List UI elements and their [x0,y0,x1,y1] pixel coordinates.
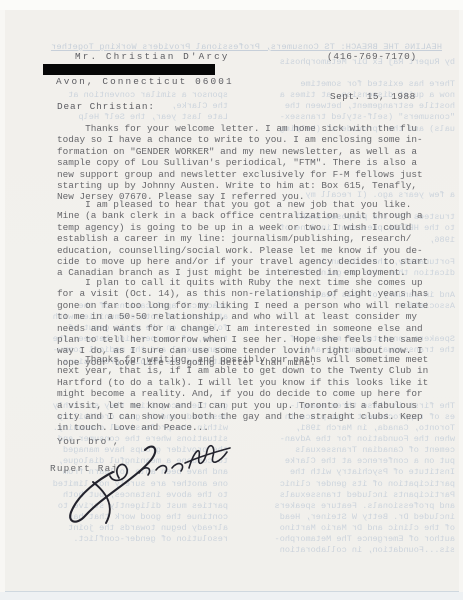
scan-edge-right [459,10,463,592]
letter-paragraph-1: Thanks for your welcome letter. I am hom… [57,123,423,203]
letter-paragraph-4: Thanks for writing, and possibly our pat… [57,354,428,434]
phone-number: (416-769-7170) [327,51,417,62]
scan-edge-left [0,10,5,592]
date-line: Sept. 15, 1988 [330,91,416,102]
address-line: Avon, Connecticut 06001 [56,76,234,87]
scan-edge-bottom [0,592,463,600]
scan-edge-top [0,0,463,10]
handwritten-signature [55,438,237,534]
redaction-bar [43,64,215,75]
signature-ink-icon [55,438,237,534]
salutation: Dear Christian: [57,101,155,112]
recipient-name: Mr. Christian D'Arcy [75,51,230,62]
letter-paragraph-2: I am pleased to hear that you got a new … [57,199,428,279]
